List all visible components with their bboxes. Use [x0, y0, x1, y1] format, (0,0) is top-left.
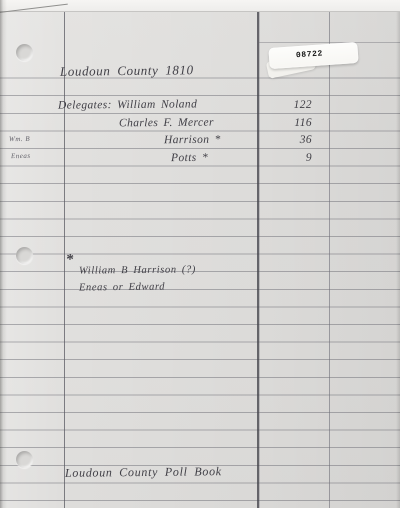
vote-count-potts: 9: [280, 152, 312, 164]
right-column-rule: [329, 9, 330, 508]
vote-count-mercer: 116: [280, 117, 312, 129]
handwritten-title: Loudoun County 1810: [60, 62, 194, 80]
footnote-marker: *: [65, 252, 74, 269]
right-page-edge: [396, 0, 400, 508]
vote-count-harrison: 36: [280, 134, 312, 146]
scanned-page: 08722 Loudoun County 1810 Delegates: Wil…: [0, 0, 400, 508]
page-top-edge: [0, 0, 400, 12]
entry-name-noland: Delegates: William Noland: [58, 98, 197, 111]
margin-annotation-potts: Eneas: [11, 152, 31, 160]
punch-hole-bottom: [16, 451, 33, 468]
handwritten-footer: Loudoun County Poll Book: [65, 464, 222, 481]
vote-count-noland: 122: [280, 99, 312, 111]
entry-name-mercer: Charles F. Mercer: [119, 117, 214, 130]
center-column-rule: [257, 9, 259, 508]
footnote-line-2: Eneas or Edward: [79, 282, 165, 294]
entry-name-harrison: Harrison *: [164, 134, 221, 146]
left-page-edge: [0, 0, 7, 508]
footnote-line-1: William B Harrison (?): [79, 264, 196, 276]
margin-annotation-harrison: Wm. B: [9, 135, 30, 143]
catalog-number: 08722: [296, 49, 324, 60]
punch-hole-middle: [16, 247, 33, 264]
entry-name-potts: Potts *: [171, 152, 208, 164]
punch-hole-top: [16, 44, 33, 61]
